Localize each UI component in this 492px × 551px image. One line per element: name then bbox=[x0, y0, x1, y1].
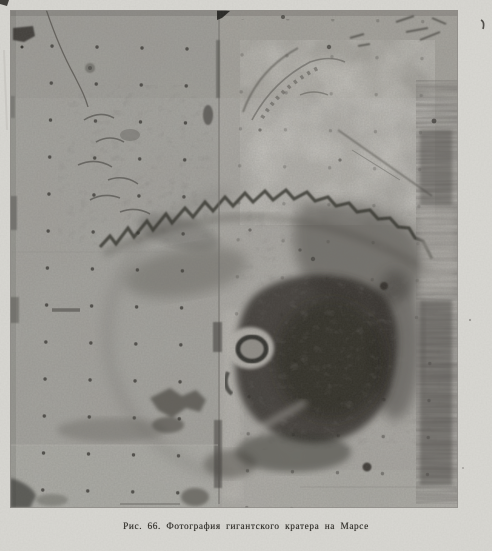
crater-photo-image bbox=[0, 0, 492, 551]
figure-caption: Рис. 66. Фотография гигантского кратера … bbox=[0, 522, 492, 532]
film-grain-overlay bbox=[10, 10, 458, 508]
photo-plate bbox=[10, 0, 462, 509]
book-page: Рис. 66. Фотография гигантского кратера … bbox=[0, 0, 492, 551]
